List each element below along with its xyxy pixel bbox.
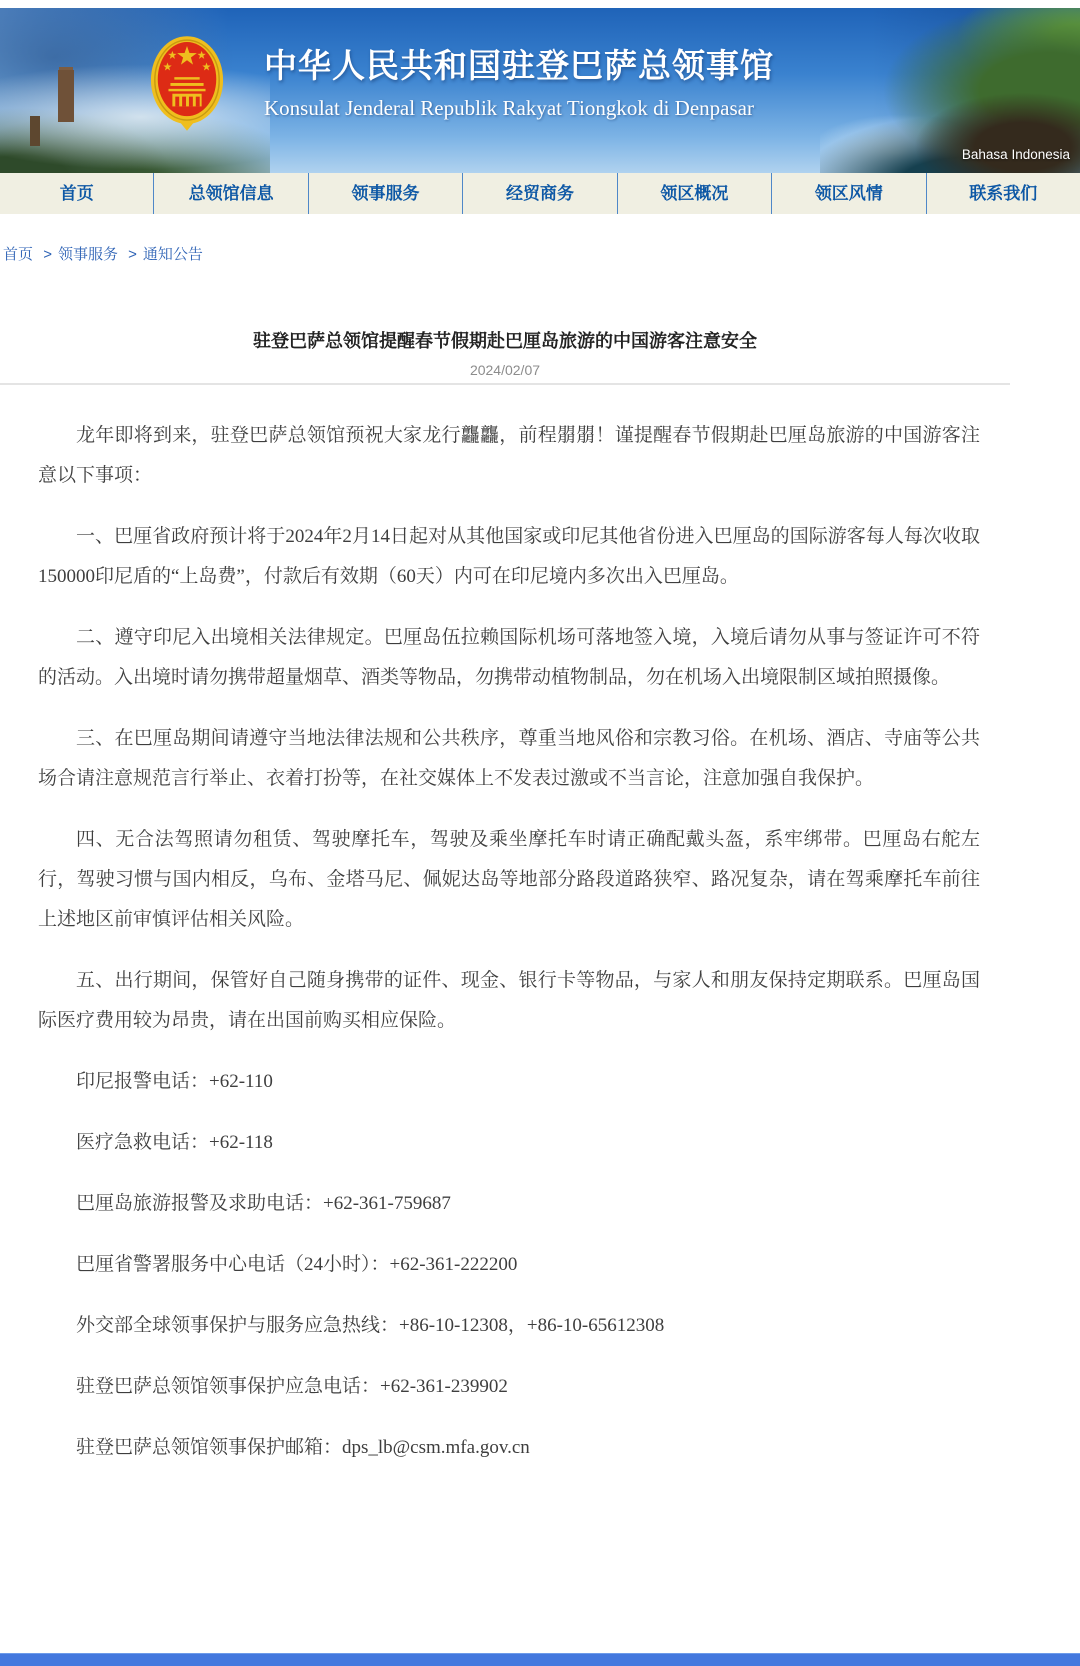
breadcrumb-separator: > [43,246,52,263]
great-wall-tower [30,116,40,146]
main-nav: 首页 总领馆信息 领事服务 经贸商务 领区概况 领区风情 联系我们 [0,173,1080,214]
emergency-contact-line: 医疗急救电话：+62-118 [38,1123,980,1163]
emergency-contact-line: 巴厘省警署服务中心电话（24小时）：+62-361-222200 [38,1245,980,1285]
breadcrumb-separator: > [128,246,137,263]
breadcrumb-item: >首页 [3,246,33,263]
emergency-contact-line: 外交部全球领事保护与服务应急热线：+86-10-12308，+86-10-656… [38,1306,980,1346]
notice-article: 驻登巴萨总领馆提醒春节假期赴巴厘岛旅游的中国游客注意安全 2024/02/07 … [0,326,1010,1468]
top-margin-strip [0,0,1080,8]
nav-item[interactable]: 领区风情 [771,173,925,214]
article-date: 2024/02/07 [0,360,1010,380]
site-banner: 中华人民共和国驻登巴萨总领事馆 Konsulat Jenderal Republ… [0,8,1080,173]
article-paragraph: 四、无合法驾照请勿租赁、驾驶摩托车，驾驶及乘坐摩托车时请正确配戴头盔，系牢绑带。… [38,820,980,940]
nav-item[interactable]: 经贸商务 [462,173,616,214]
article-paragraph: 三、在巴厘岛期间请遵守当地法律法规和公共秩序，尊重当地风俗和宗教习俗。在机场、酒… [38,719,980,799]
language-switch-link[interactable]: Bahasa Indonesia [962,147,1070,162]
emergency-contact-line: 驻登巴萨总领馆领事保护邮箱：dps_lb@csm.mfa.gov.cn [38,1428,980,1468]
site-title-indonesian: Konsulat Jenderal Republik Rakyat Tiongk… [264,96,774,121]
china-national-emblem-icon [148,34,226,132]
page: 中华人民共和国驻登巴萨总领事馆 Konsulat Jenderal Republ… [0,0,1080,1666]
emergency-contact-line: 印尼报警电话：+62-110 [38,1062,980,1102]
site-title-chinese: 中华人民共和国驻登巴萨总领事馆 [264,40,774,87]
nav-item[interactable]: 首页 [0,173,153,214]
breadcrumb-link[interactable]: 首页 [3,246,33,263]
nav-item[interactable]: 领区概况 [617,173,771,214]
nav-item[interactable]: 联系我们 [926,173,1080,214]
breadcrumb: >首页 >领事服务 >通知公告 [3,244,1080,266]
nav-item[interactable]: 领事服务 [308,173,462,214]
breadcrumb-link[interactable]: 领事服务 [58,246,118,263]
article-title: 驻登巴萨总领馆提醒春节假期赴巴厘岛旅游的中国游客注意安全 [0,326,1010,356]
article-paragraph: 五、出行期间，保管好自己随身携带的证件、现金、银行卡等物品，与家人和朋友保持定期… [38,961,980,1041]
article-paragraph: 一、巴厘省政府预计将于2024年2月14日起对从其他国家或印尼其他省份进入巴厘岛… [38,517,980,597]
article-paragraph: 龙年即将到来，驻登巴萨总领馆预祝大家龙行龘龘，前程朤朤！谨提醒春节假期赴巴厘岛旅… [38,416,980,496]
banner-titles: 中华人民共和国驻登巴萨总领事馆 Konsulat Jenderal Republ… [264,40,774,121]
article-paragraph: 二、遵守印尼入出境相关法律规定。巴厘岛伍拉赖国际机场可落地签入境，入境后请勿从事… [38,618,980,698]
article-body: 龙年即将到来，驻登巴萨总领馆预祝大家龙行龘龘，前程朤朤！谨提醒春节假期赴巴厘岛旅… [0,416,1010,1041]
emergency-contact-line: 驻登巴萨总领馆领事保护应急电话：+62-361-239902 [38,1367,980,1407]
breadcrumb-item: >通知公告 [122,246,203,263]
title-divider [0,383,1010,385]
emergency-contact-line: 巴厘岛旅游报警及求助电话：+62-361-759687 [38,1184,980,1224]
nav-item[interactable]: 总领馆信息 [153,173,307,214]
breadcrumb-item: >领事服务 [37,246,118,263]
breadcrumb-link[interactable]: 通知公告 [143,246,203,263]
footer-bar [0,1653,1080,1666]
emergency-contact-list: 印尼报警电话：+62-110 医疗急救电话：+62-118 巴厘岛旅游报警及求助… [0,1062,1010,1468]
great-wall-tower [58,70,74,122]
great-wall-photo [0,8,270,173]
